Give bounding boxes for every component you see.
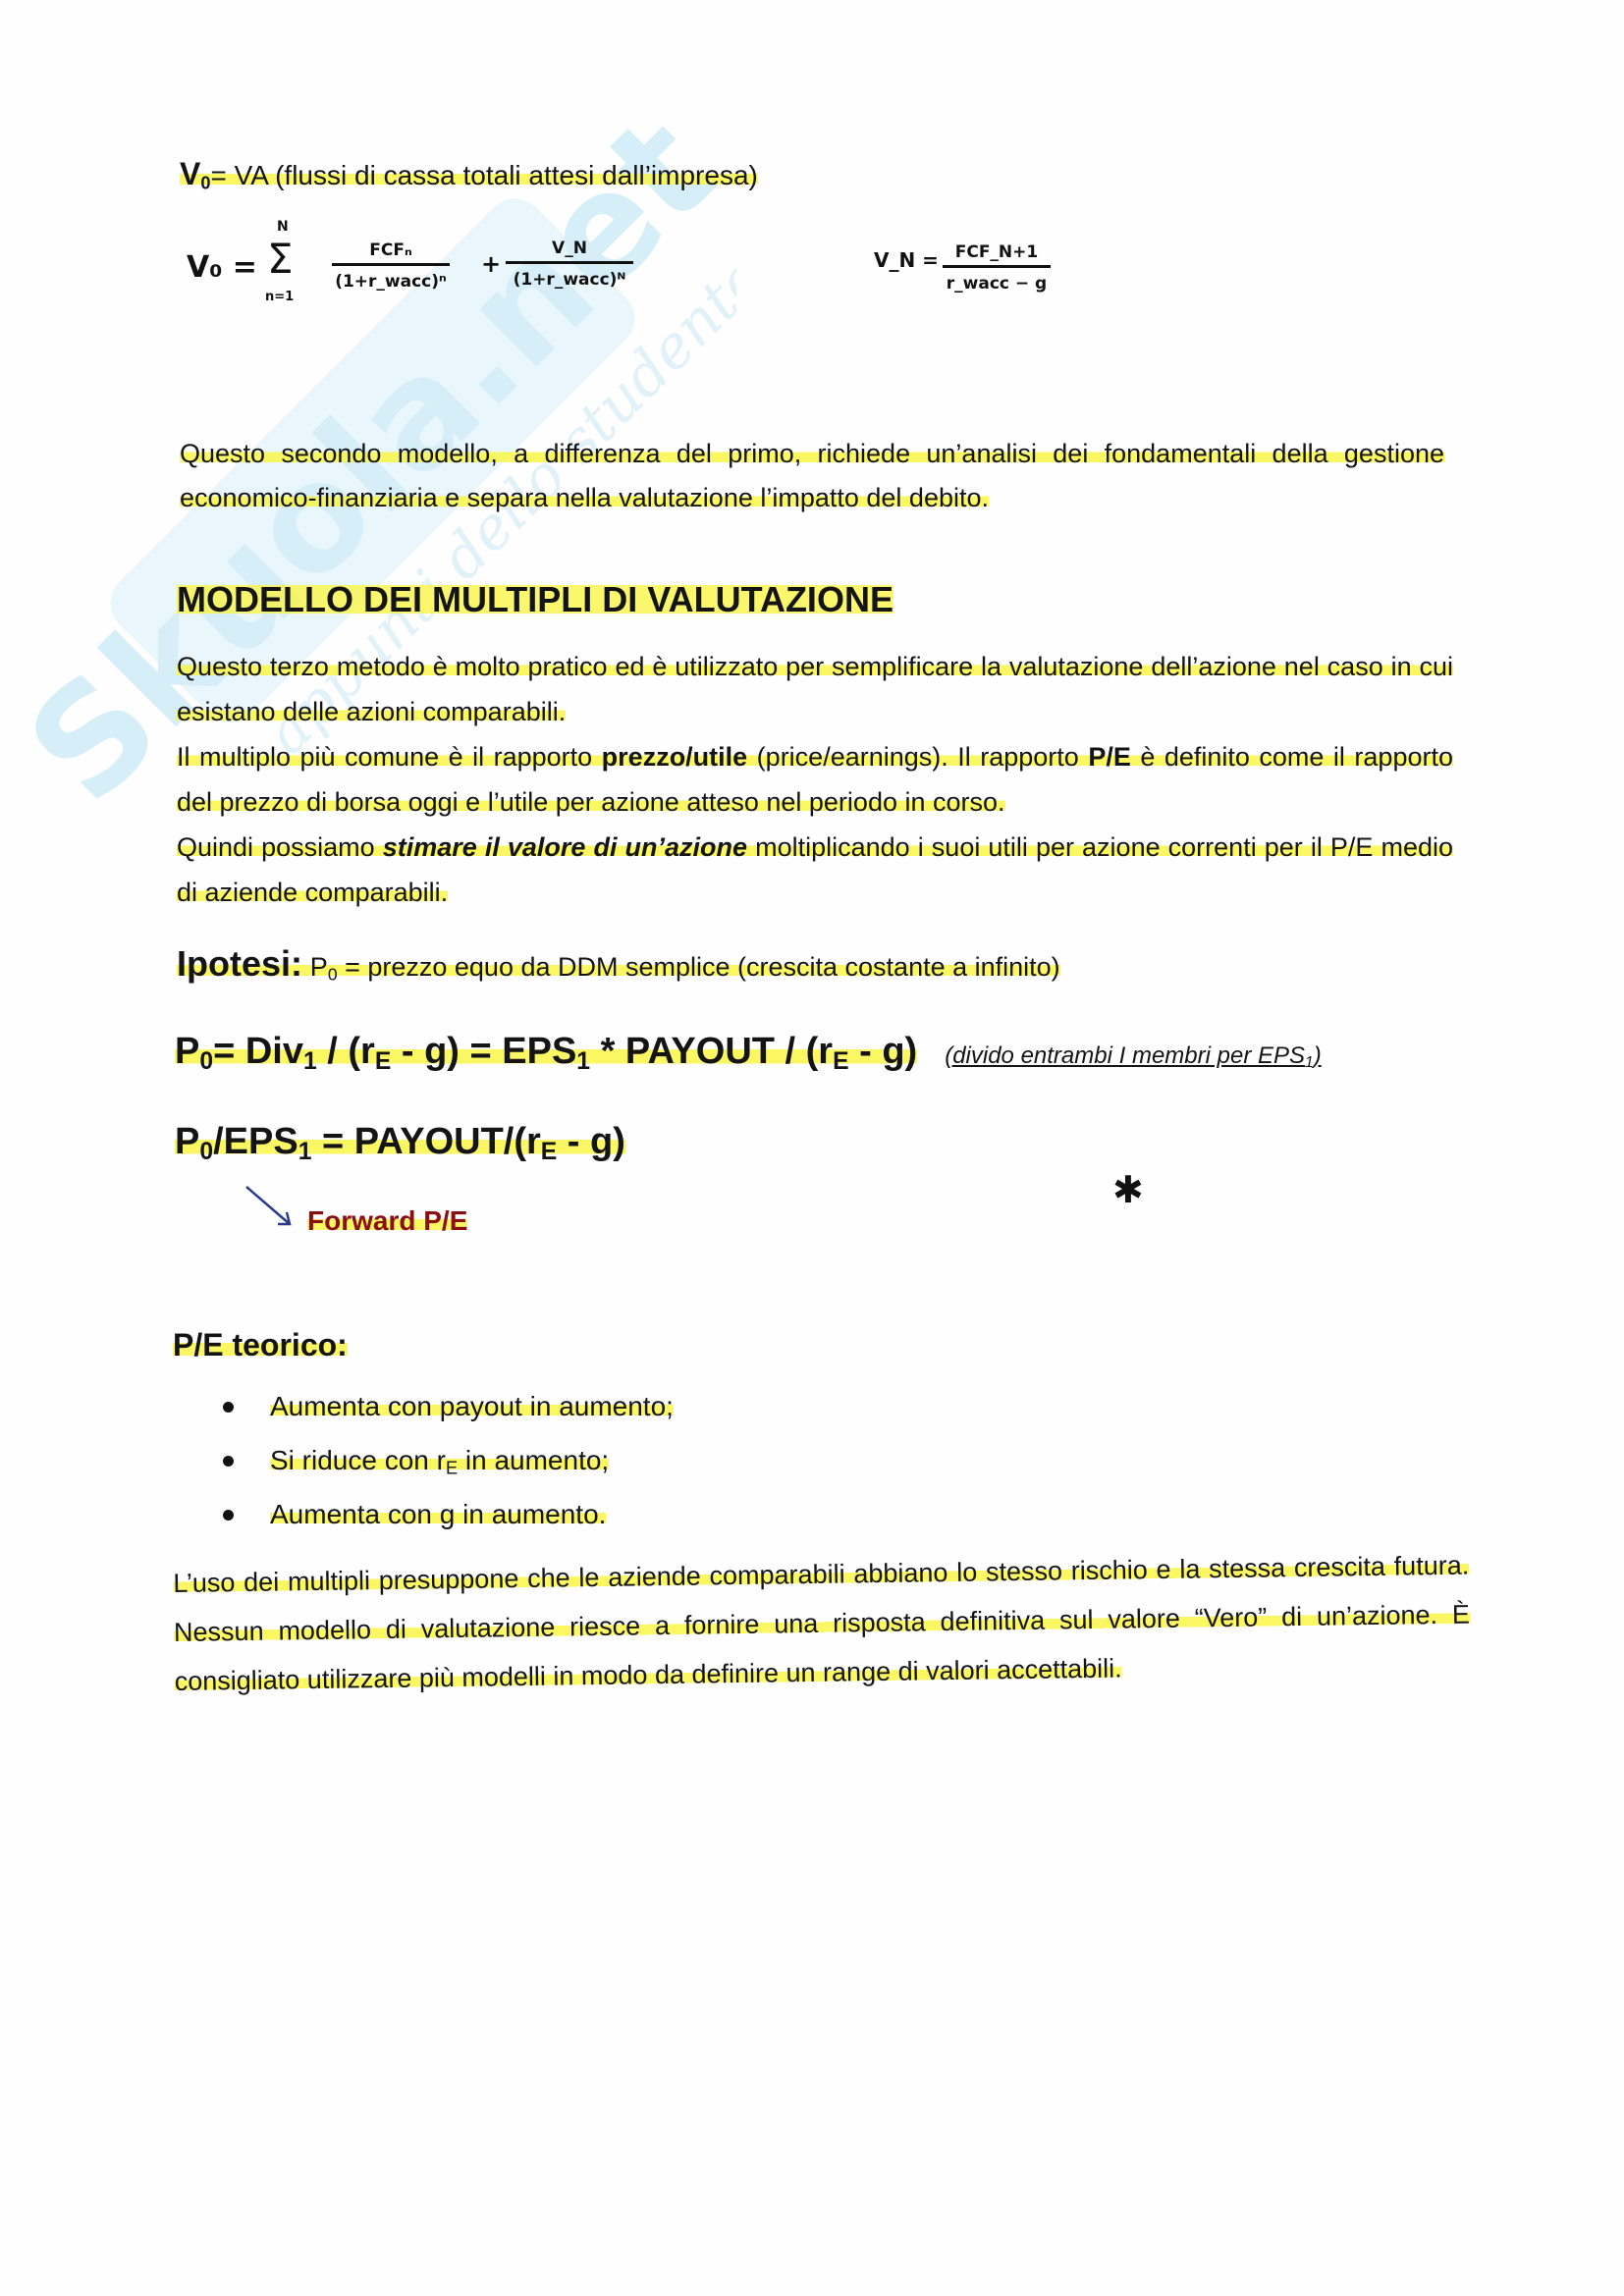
formula-plus: + xyxy=(481,250,501,278)
fraction-term2: V_N (1+r_wacc)ᴺ xyxy=(506,239,633,290)
list-item: Aumenta con payout in aumento; xyxy=(216,1379,674,1433)
bullet-icon xyxy=(223,1402,234,1413)
equation-forward-pe: P0/EPS1 = PAYOUT/(rE - g) xyxy=(175,1119,625,1164)
fraction-term1: FCFₙ (1+r_wacc)ⁿ xyxy=(332,240,450,292)
bullet-icon xyxy=(223,1510,234,1521)
equation-note: (divido entrambi I membri per EPS1) xyxy=(945,1042,1321,1069)
arrow-down-right-icon xyxy=(241,1183,299,1232)
list-item: Aumenta con g in aumento. xyxy=(216,1487,674,1541)
forward-pe-label: Forward P/E xyxy=(307,1205,467,1237)
firm-value-formula: V₀ = N Σ n=1 FCFₙ (1+r_wacc)ⁿ + V_N (1+r… xyxy=(187,221,1168,329)
paragraph-second-model: Questo secondo modello, a differenza del… xyxy=(180,432,1444,520)
bullet-icon xyxy=(223,1456,234,1467)
sum-lower: n=1 xyxy=(265,290,294,304)
pe-teorico-title: P/E teorico: xyxy=(173,1325,348,1364)
fraction-terminal-value: FCF_N+1 r_wacc − g xyxy=(943,242,1051,294)
formula-lhs: V₀ = xyxy=(187,250,257,285)
sum-symbol: Σ xyxy=(267,235,294,283)
equation-ddm-price: P0= Div1 / (rE - g) = EPS1 * PAYOUT / (r… xyxy=(175,1029,1322,1079)
sum-upper: N xyxy=(277,219,289,235)
paragraph-multiples: Questo terzo metodo è molto pratico ed è… xyxy=(177,644,1453,915)
list-item: Si riduce con rE in aumento; xyxy=(216,1433,674,1487)
paragraph-conclusion: L’uso dei multipli presuppone che le azi… xyxy=(173,1541,1471,1706)
ipotesi-line: Ipotesi: P0 = prezzo equo da DDM semplic… xyxy=(177,947,1060,984)
document-page: Skuola.net appunti dello studente V0= VA… xyxy=(0,0,1624,2296)
asterisk-mark-icon: ✱ xyxy=(1112,1168,1144,1212)
vn-lhs: V_N = xyxy=(874,248,939,272)
pe-teorico-list: Aumenta con payout in aumento; Si riduce… xyxy=(216,1379,674,1541)
v0-definition: V0= VA (flussi di cassa totali attesi da… xyxy=(180,157,758,192)
section-title: MODELLO DEI MULTIPLI DI VALUTAZIONE xyxy=(177,577,893,622)
